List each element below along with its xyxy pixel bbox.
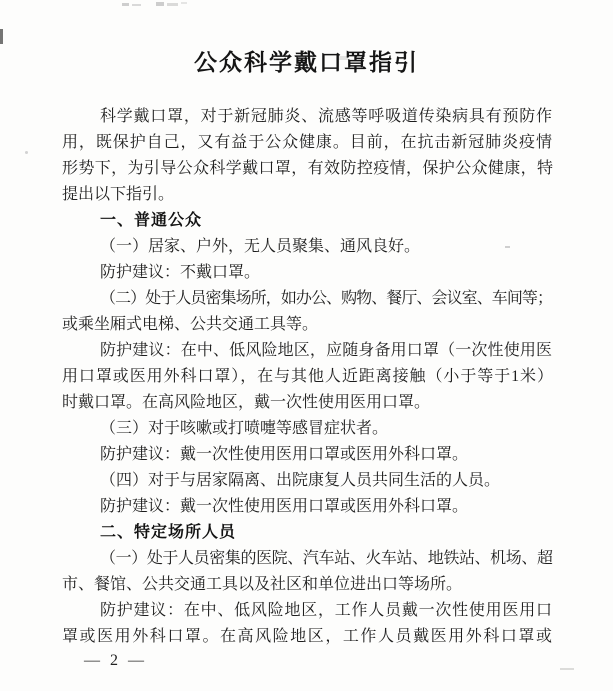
scan-artifact (0, 29, 3, 44)
text-line: 罩或医用外科口罩。在高风险地区，工作人员戴医用外科口罩或 (62, 624, 552, 650)
text-line: 用口罩或医用外科口罩），在与其他人近距离接触（小于等于1米） (62, 364, 552, 390)
scan-artifact (156, 2, 164, 6)
text-line: 科学戴口罩，对于新冠肺炎、流感等呼吸道传染病具有预防作 (62, 104, 552, 130)
text-line: 市、餐馆、公共交通工具以及社区和单位进出口等场所。 (62, 572, 552, 598)
text-line: （三）对于咳嗽或打喷嚏等感冒症状者。 (62, 416, 552, 442)
text-line: 防护建议：在中、低风险地区，工作人员戴一次性使用医用口 (62, 598, 552, 624)
page-number: — 2 — (84, 652, 147, 670)
scan-artifact (122, 3, 129, 6)
scan-artifact (181, 2, 187, 4)
text-line: （一）处于人员密集的医院、汽车站、火车站、地铁站、机场、超 (62, 546, 552, 572)
text-line: 或乘坐厢式电梯、公共交通工具等。 (62, 312, 552, 338)
text-line: 防护建议：不戴口罩。 (62, 260, 552, 286)
document-body: 科学戴口罩，对于新冠肺炎、流感等呼吸道传染病具有预防作用，既保护自己，又有益于公… (62, 104, 552, 650)
text-line: 防护建议：戴一次性使用医用口罩或医用外科口罩。 (62, 442, 552, 468)
text-line: 形势下，为引导公众科学戴口罩，有效防控疫情，保护公众健康，特 (62, 156, 552, 182)
scan-artifact (132, 4, 141, 6)
text-line: 用，既保护自己，又有益于公众健康。目前，在抗击新冠肺炎疫情 (62, 130, 552, 156)
document-page: 公众科学戴口罩指引 科学戴口罩，对于新冠肺炎、流感等呼吸道传染病具有预防作用，既… (0, 0, 613, 691)
document-title: 公众科学戴口罩指引 (0, 44, 613, 77)
section-heading: 一、普通公众 (62, 208, 552, 234)
section-heading: 二、特定场所人员 (62, 520, 552, 546)
scan-artifact (167, 3, 178, 6)
text-line: 提出以下指引。 (62, 182, 552, 208)
text-line: （一）居家、户外，无人员聚集、通风良好。 (62, 234, 552, 260)
text-line: （二）处于人员密集场所，如办公、购物、餐厅、会议室、车间等； (62, 286, 552, 312)
scan-artifact (25, 151, 28, 154)
text-line: 时戴口罩。在高风险地区，戴一次性使用医用口罩。 (62, 390, 552, 416)
text-line: 防护建议：在中、低风险地区，应随身备用口罩（一次性使用医 (62, 338, 552, 364)
text-line: 防护建议：戴一次性使用医用口罩或医用外科口罩。 (62, 494, 552, 520)
scan-artifact (560, 668, 574, 670)
text-line: （四）对于与居家隔离、出院康复人员共同生活的人员。 (62, 468, 552, 494)
